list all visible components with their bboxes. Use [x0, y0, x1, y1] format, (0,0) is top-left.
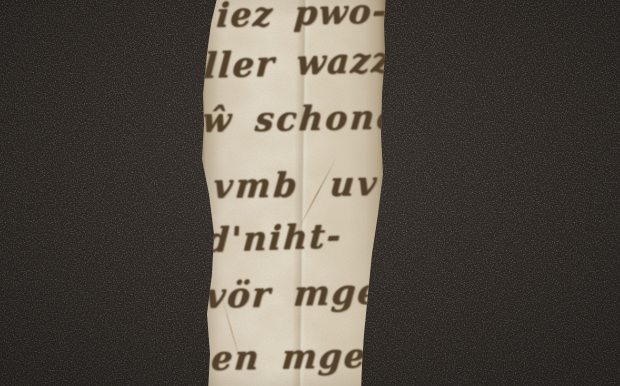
parchment-fine-grain [198, 0, 390, 386]
parchment-strip: iez pwo-v ller wazze ŵ schone vmb uv d'n… [198, 0, 390, 386]
parchment-mottle-texture [198, 0, 390, 386]
photo-manuscript-fragment: iez pwo-v ller wazze ŵ schone vmb uv d'n… [0, 0, 620, 386]
